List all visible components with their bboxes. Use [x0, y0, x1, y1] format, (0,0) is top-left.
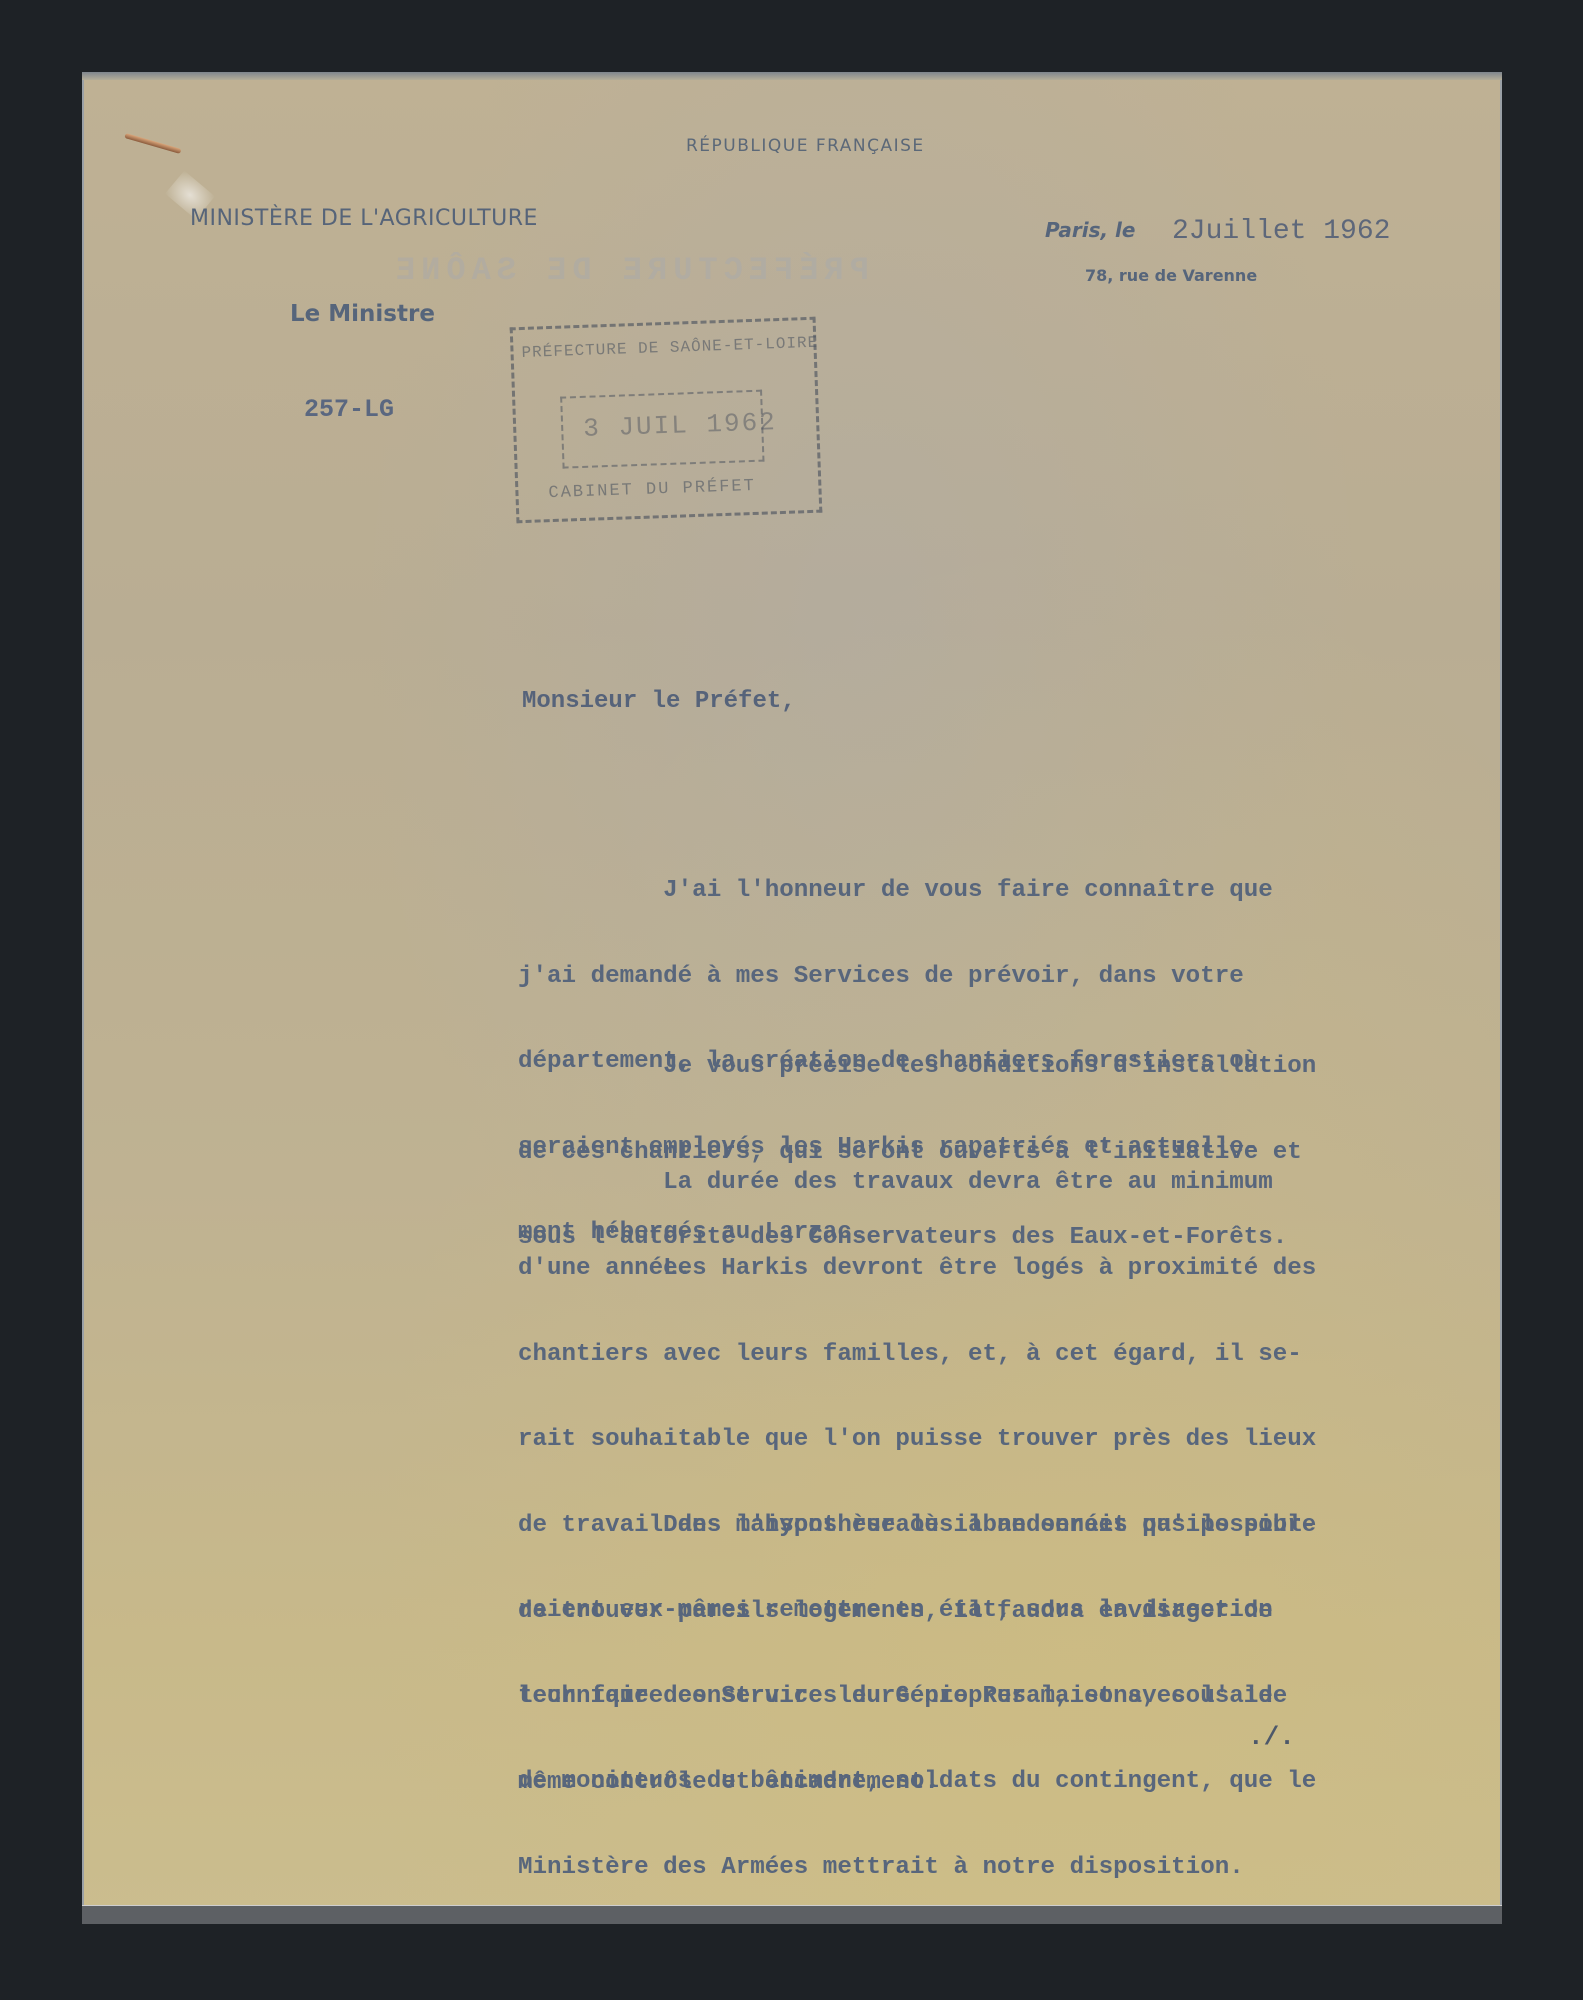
text-line: même contrôle et encadrement.: [518, 1769, 1458, 1798]
show-through-text: PRÉFECTURE DE SAÔNE: [390, 252, 869, 289]
text-line: j'ai demandé à mes Services de prévoir, …: [518, 963, 1458, 992]
place-label: Paris, le: [1045, 218, 1135, 242]
stamp-cabinet: CABINET DU PRÉFET: [548, 477, 756, 503]
paper-top-edge: [82, 72, 1502, 80]
text-line: chantiers avec leurs familles, et, à cet…: [518, 1341, 1458, 1370]
reference-number: 257-LG: [304, 395, 394, 424]
continuation-mark: ./.: [1248, 1722, 1295, 1752]
paragraph-5: Dans l'hypothèse où il ne serait pas pos…: [518, 1455, 1458, 1826]
ministry-address: 78, rue de Varenne: [1085, 266, 1257, 285]
text-line: La durée des travaux devra être au minim…: [518, 1169, 1458, 1198]
stamp-office: PRÉFECTURE DE SAÔNE-ET-LOIRE: [521, 334, 818, 362]
letterhead-ministry: MINISTÈRE DE L'AGRICULTURE: [190, 206, 538, 231]
text-line: J'ai l'honneur de vous faire connaître q…: [518, 877, 1458, 906]
text-line: de trouver pareils logements, il faudra …: [518, 1598, 1458, 1627]
text-line: Les Harkis devront être logés à proximit…: [518, 1255, 1458, 1284]
text-line: Ministère des Armées mettrait à notre di…: [518, 1854, 1458, 1883]
signatory-title: Le Ministre: [290, 301, 435, 327]
stamp-date-box: 3 JUIL 1962: [560, 390, 764, 469]
stamp-date: 3 JUIL 1962: [583, 407, 778, 444]
letter-date: 2Juillet 1962: [1172, 216, 1390, 247]
letterhead-republic: RÉPUBLIQUE FRANÇAISE: [686, 136, 925, 156]
text-line: Dans l'hypothèse où il ne serait pas pos…: [518, 1512, 1458, 1541]
text-line: Je vous précise les conditions d'install…: [518, 1053, 1458, 1082]
text-line: leur faire construire leurs propres mais…: [518, 1683, 1458, 1712]
text-line: rait souhaitable que l'on puisse trouver…: [518, 1426, 1458, 1455]
reception-stamp: PRÉFECTURE DE SAÔNE-ET-LOIRE 3 JUIL 1962…: [510, 317, 823, 524]
salutation: Monsieur le Préfet,: [522, 688, 796, 715]
